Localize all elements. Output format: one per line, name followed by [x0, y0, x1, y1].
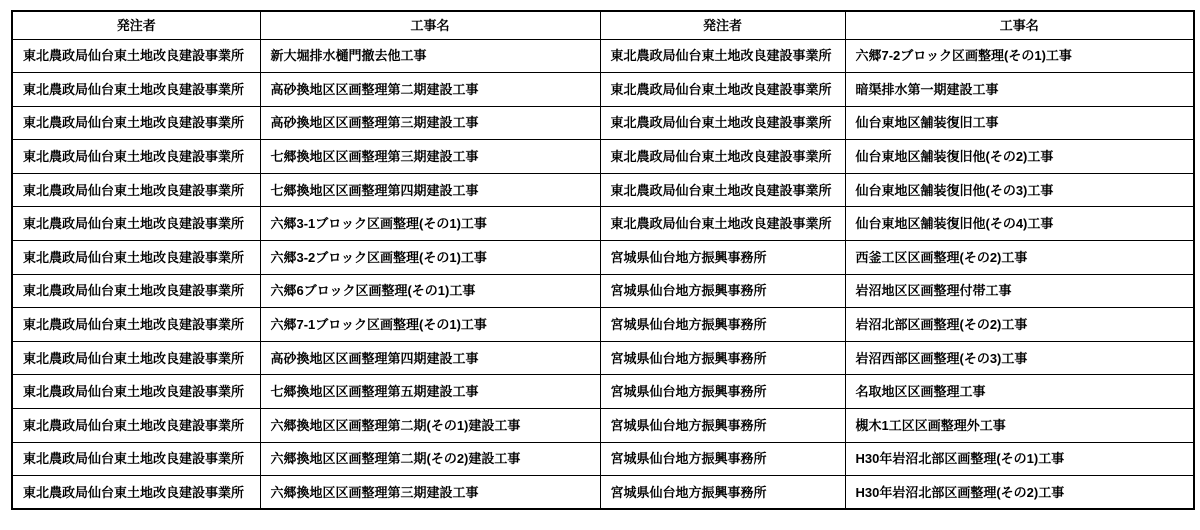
project-name-cell: 六郷換地区区画整理第二期(その2)建設工事 — [260, 442, 600, 476]
orderer-cell: 東北農政局仙台東土地改良建設事業所 — [12, 39, 260, 73]
project-name-cell: 七郷換地区区画整理第五期建設工事 — [260, 375, 600, 409]
table-row: 東北農政局仙台東土地改良建設事業所新大堀排水樋門撤去他工事東北農政局仙台東土地改… — [12, 39, 1194, 73]
orderer-cell: 宮城県仙台地方振興事務所 — [600, 308, 845, 342]
orderer-cell: 宮城県仙台地方振興事務所 — [600, 442, 845, 476]
project-name-cell: 六郷7-1ブロック区画整理(その1)工事 — [260, 308, 600, 342]
orderer-cell: 東北農政局仙台東土地改良建設事業所 — [12, 173, 260, 207]
orderer-cell: 東北農政局仙台東土地改良建設事業所 — [600, 39, 845, 73]
project-name-cell: 六郷7-2ブロック区画整理(その1)工事 — [845, 39, 1194, 73]
project-name-cell: 仙台東地区舗装復旧他(その4)工事 — [845, 207, 1194, 241]
table-row: 東北農政局仙台東土地改良建設事業所七郷換地区区画整理第四期建設工事東北農政局仙台… — [12, 173, 1194, 207]
project-name-cell: 仙台東地区舗装復旧他(その2)工事 — [845, 140, 1194, 174]
orderer-cell: 東北農政局仙台東土地改良建設事業所 — [600, 106, 845, 140]
header-orderer-right: 発注者 — [600, 11, 845, 39]
table-row: 東北農政局仙台東土地改良建設事業所高砂換地区区画整理第二期建設工事東北農政局仙台… — [12, 73, 1194, 107]
project-name-cell: 暗渠排水第一期建設工事 — [845, 73, 1194, 107]
orderer-cell: 東北農政局仙台東土地改良建設事業所 — [600, 73, 845, 107]
project-name-cell: 高砂換地区区画整理第四期建設工事 — [260, 341, 600, 375]
project-name-cell: 六郷6ブロック区画整理(その1)工事 — [260, 274, 600, 308]
project-name-cell: 高砂換地区区画整理第二期建設工事 — [260, 73, 600, 107]
orderer-cell: 東北農政局仙台東土地改良建設事業所 — [12, 140, 260, 174]
table-body: 東北農政局仙台東土地改良建設事業所新大堀排水樋門撤去他工事東北農政局仙台東土地改… — [12, 39, 1194, 509]
orderer-cell: 東北農政局仙台東土地改良建設事業所 — [12, 375, 260, 409]
project-name-cell: 岩沼西部区画整理(その3)工事 — [845, 341, 1194, 375]
orderer-cell: 東北農政局仙台東土地改良建設事業所 — [12, 409, 260, 443]
header-row: 発注者 工事名 発注者 工事名 — [12, 11, 1194, 39]
orderer-cell: 東北農政局仙台東土地改良建設事業所 — [12, 274, 260, 308]
orderer-cell: 宮城県仙台地方振興事務所 — [600, 241, 845, 275]
project-name-cell: H30年岩沼北部区画整理(その2)工事 — [845, 476, 1194, 510]
orderer-cell: 宮城県仙台地方振興事務所 — [600, 409, 845, 443]
project-name-cell: 岩沼地区区画整理付帯工事 — [845, 274, 1194, 308]
orderer-cell: 東北農政局仙台東土地改良建設事業所 — [12, 207, 260, 241]
orderer-cell: 東北農政局仙台東土地改良建設事業所 — [600, 173, 845, 207]
orderer-cell: 宮城県仙台地方振興事務所 — [600, 476, 845, 510]
project-name-cell: 六郷3-2ブロック区画整理(その1)工事 — [260, 241, 600, 275]
orderer-cell: 東北農政局仙台東土地改良建設事業所 — [12, 341, 260, 375]
orderer-cell: 東北農政局仙台東土地改良建設事業所 — [12, 241, 260, 275]
table-row: 東北農政局仙台東土地改良建設事業所高砂換地区区画整理第四期建設工事宮城県仙台地方… — [12, 341, 1194, 375]
project-name-cell: 仙台東地区舗装復旧他(その3)工事 — [845, 173, 1194, 207]
orderer-cell: 宮城県仙台地方振興事務所 — [600, 375, 845, 409]
table-row: 東北農政局仙台東土地改良建設事業所六郷換地区区画整理第三期建設工事宮城県仙台地方… — [12, 476, 1194, 510]
table-row: 東北農政局仙台東土地改良建設事業所六郷換地区区画整理第二期(その1)建設工事宮城… — [12, 409, 1194, 443]
project-name-cell: 七郷換地区区画整理第四期建設工事 — [260, 173, 600, 207]
header-project-right: 工事名 — [845, 11, 1194, 39]
project-name-cell: 西釜工区区画整理(その2)工事 — [845, 241, 1194, 275]
header-project-left: 工事名 — [260, 11, 600, 39]
project-name-cell: 仙台東地区舗装復旧工事 — [845, 106, 1194, 140]
project-name-cell: 六郷3-1ブロック区画整理(その1)工事 — [260, 207, 600, 241]
project-name-cell: H30年岩沼北部区画整理(その1)工事 — [845, 442, 1194, 476]
table-row: 東北農政局仙台東土地改良建設事業所六郷7-1ブロック区画整理(その1)工事宮城県… — [12, 308, 1194, 342]
project-name-cell: 岩沼北部区画整理(その2)工事 — [845, 308, 1194, 342]
orderer-cell: 東北農政局仙台東土地改良建設事業所 — [12, 73, 260, 107]
table-row: 東北農政局仙台東土地改良建設事業所七郷換地区区画整理第五期建設工事宮城県仙台地方… — [12, 375, 1194, 409]
orderer-cell: 東北農政局仙台東土地改良建設事業所 — [600, 140, 845, 174]
table-row: 東北農政局仙台東土地改良建設事業所六郷6ブロック区画整理(その1)工事宮城県仙台… — [12, 274, 1194, 308]
orderer-cell: 東北農政局仙台東土地改良建設事業所 — [600, 207, 845, 241]
project-name-cell: 七郷換地区区画整理第三期建設工事 — [260, 140, 600, 174]
orderer-cell: 東北農政局仙台東土地改良建設事業所 — [12, 476, 260, 510]
project-name-cell: 名取地区区画整理工事 — [845, 375, 1194, 409]
orderer-cell: 東北農政局仙台東土地改良建設事業所 — [12, 442, 260, 476]
orderer-cell: 東北農政局仙台東土地改良建設事業所 — [12, 106, 260, 140]
orderer-cell: 東北農政局仙台東土地改良建設事業所 — [12, 308, 260, 342]
project-name-cell: 槻木1工区区画整理外工事 — [845, 409, 1194, 443]
table-row: 東北農政局仙台東土地改良建設事業所高砂換地区区画整理第三期建設工事東北農政局仙台… — [12, 106, 1194, 140]
document-page: 発注者 工事名 発注者 工事名 東北農政局仙台東土地改良建設事業所新大堀排水樋門… — [0, 0, 1200, 530]
project-name-cell: 六郷換地区区画整理第三期建設工事 — [260, 476, 600, 510]
header-orderer-left: 発注者 — [12, 11, 260, 39]
project-name-cell: 高砂換地区区画整理第三期建設工事 — [260, 106, 600, 140]
orderer-cell: 宮城県仙台地方振興事務所 — [600, 274, 845, 308]
table-row: 東北農政局仙台東土地改良建設事業所六郷換地区区画整理第二期(その2)建設工事宮城… — [12, 442, 1194, 476]
construction-projects-table: 発注者 工事名 発注者 工事名 東北農政局仙台東土地改良建設事業所新大堀排水樋門… — [11, 10, 1195, 510]
project-name-cell: 新大堀排水樋門撤去他工事 — [260, 39, 600, 73]
project-name-cell: 六郷換地区区画整理第二期(その1)建設工事 — [260, 409, 600, 443]
table-row: 東北農政局仙台東土地改良建設事業所六郷3-1ブロック区画整理(その1)工事東北農… — [12, 207, 1194, 241]
table-row: 東北農政局仙台東土地改良建設事業所七郷換地区区画整理第三期建設工事東北農政局仙台… — [12, 140, 1194, 174]
orderer-cell: 宮城県仙台地方振興事務所 — [600, 341, 845, 375]
table-row: 東北農政局仙台東土地改良建設事業所六郷3-2ブロック区画整理(その1)工事宮城県… — [12, 241, 1194, 275]
